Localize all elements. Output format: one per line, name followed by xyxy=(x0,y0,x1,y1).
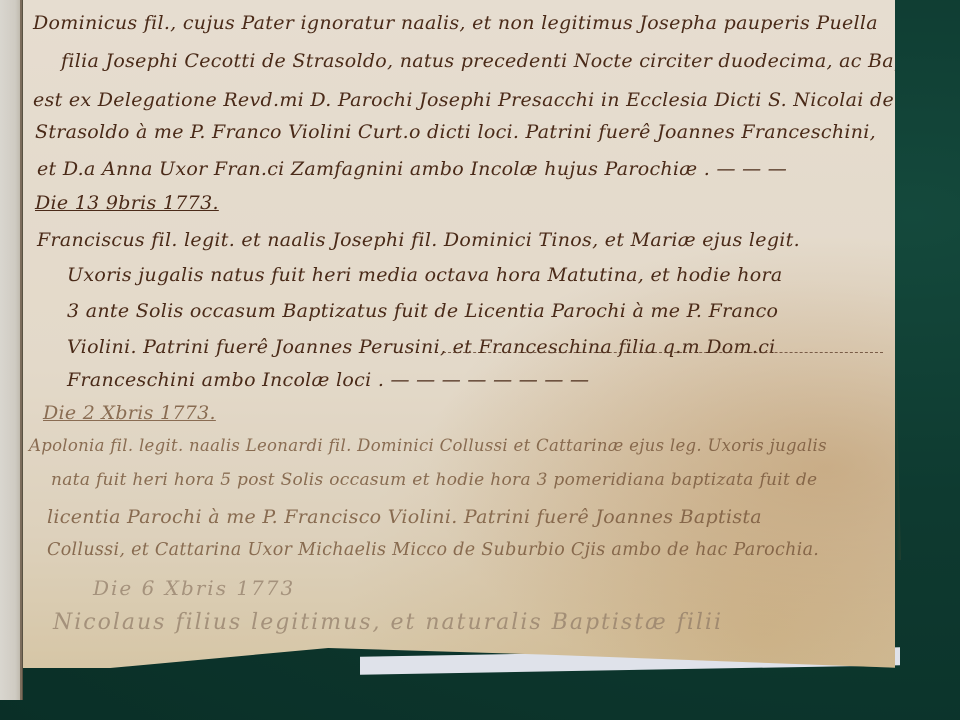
entry-line: Franceschini ambo Incolæ loci . — — — — … xyxy=(67,369,589,391)
entry-line: Violini. Patrini fuerê Joannes Perusini,… xyxy=(67,336,776,358)
entry-line: nata fuit heri hora 5 post Solis occasum… xyxy=(51,470,817,490)
entry-line: Franciscus fil. legit. et naalis Josephi… xyxy=(37,229,800,251)
entry-line: et D.a Anna Uxor Fran.ci Zamfagnini ambo… xyxy=(37,158,787,180)
facing-page-edge xyxy=(0,0,22,700)
entry-line: Apolonia fil. legit. naalis Leonardi fil… xyxy=(29,436,827,455)
entry-line: Uxoris jugalis natus fuit heri media oct… xyxy=(67,264,783,286)
entry-line: Dominicus fil., cujus Pater ignoratur na… xyxy=(33,12,878,34)
entry-line: est ex Delegatione Revd.mi D. Parochi Jo… xyxy=(33,89,894,111)
entry-separator xyxy=(443,352,883,353)
register-page: Dominicus fil., cujus Pater ignoratur na… xyxy=(23,0,895,668)
entry-line: filia Josephi Cecotti de Strasoldo, natu… xyxy=(61,50,960,72)
entry-date: Die 2 Xbris 1773. xyxy=(43,402,216,424)
entry-line: Collussi, et Cattarina Uxor Michaelis Mi… xyxy=(47,540,819,560)
entry-date: Die 13 9bris 1773. xyxy=(35,192,219,214)
binding-edge xyxy=(20,0,23,700)
entry-line: Strasoldo à me P. Franco Violini Curt.o … xyxy=(35,121,876,143)
entry-line: Nicolaus filius legitimus, et naturalis … xyxy=(53,610,723,635)
entry-line: 3 ante Solis occasum Baptizatus fuit de … xyxy=(67,300,778,322)
entry-line: licentia Parochi à me P. Francisco Violi… xyxy=(47,506,762,528)
entry-date: Die 6 Xbris 1773 xyxy=(93,576,295,600)
